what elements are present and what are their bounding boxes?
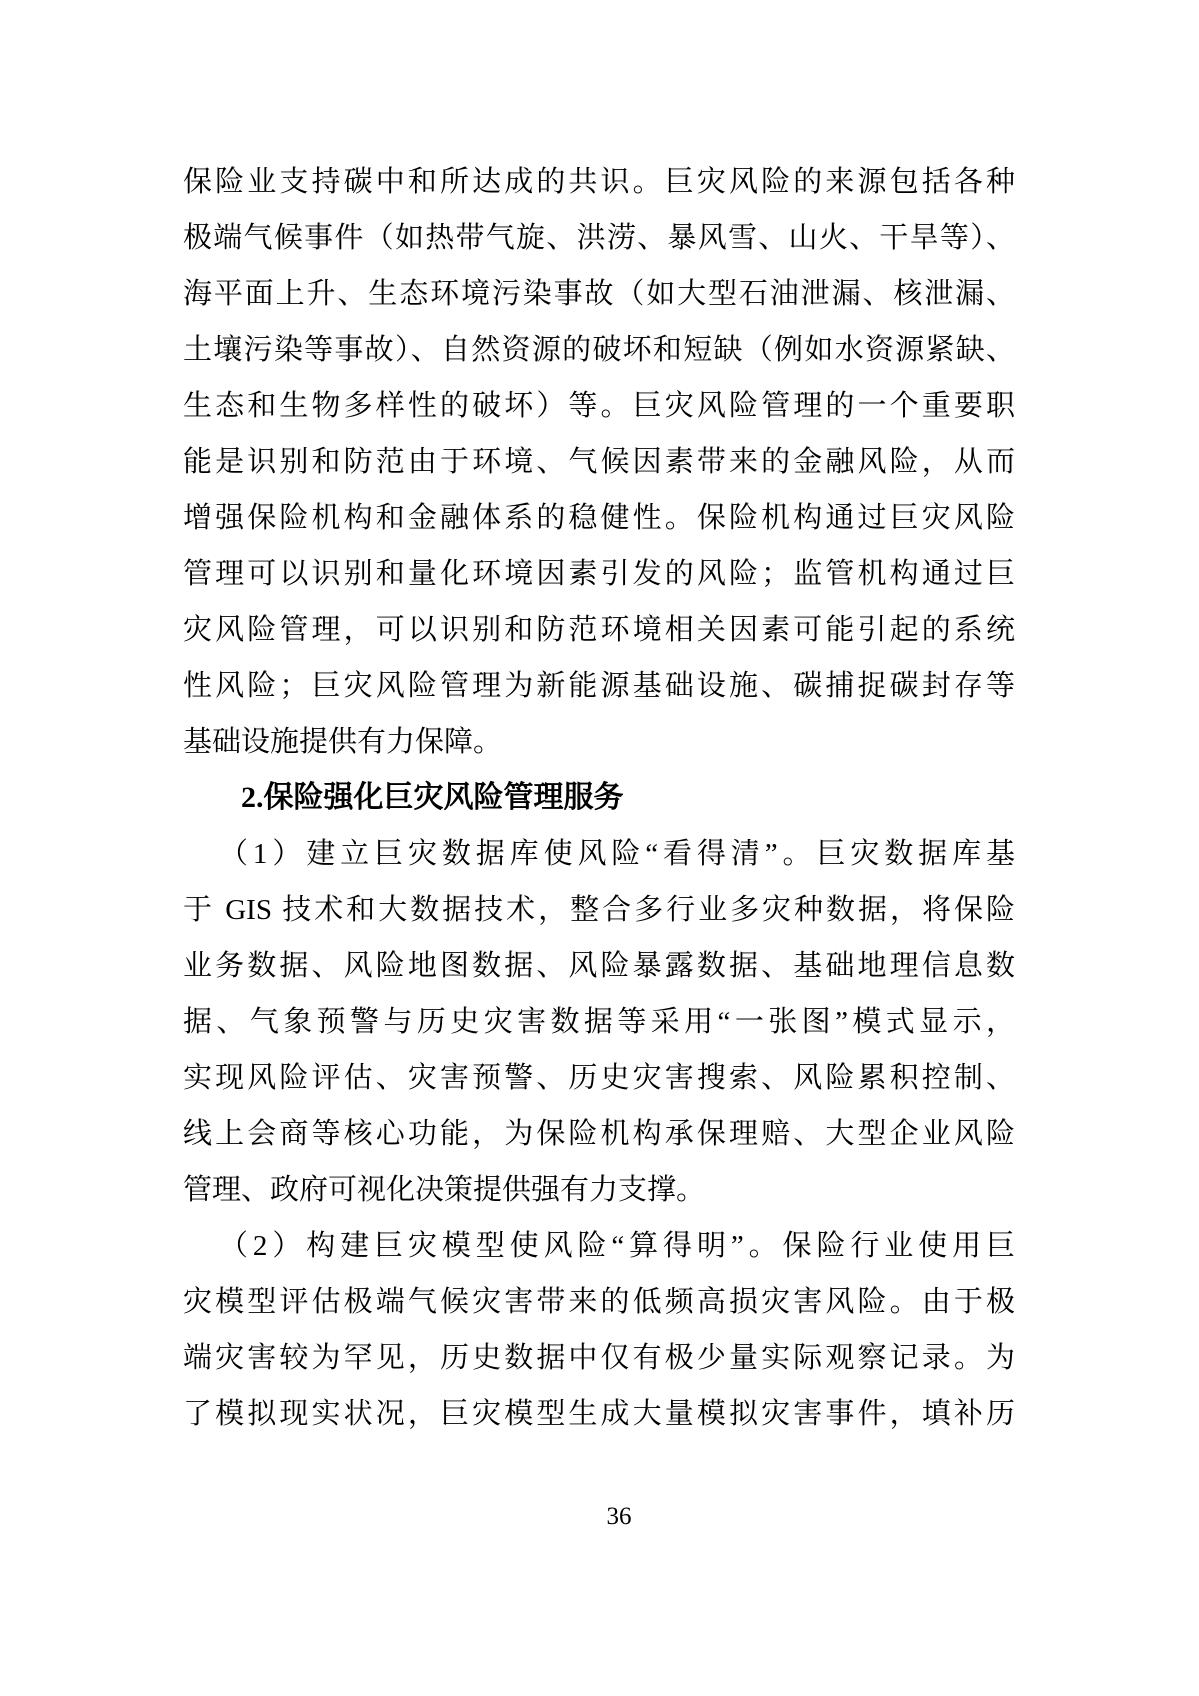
paragraph2-line-4: 据、气象预警与历史灾害数据等采用“一张图”模式显示，: [183, 994, 1015, 1050]
paragraph2-line-6: 线上会商等核心功能，为保险机构承保理赔、大型企业风险: [183, 1106, 1015, 1162]
paragraph3-line-1: （2）构建巨灾模型使风险“算得明”。保险行业使用巨: [183, 1218, 1015, 1274]
section-heading: 2.保险强化巨灾风险管理服务: [183, 770, 1015, 826]
paragraph2-line-3: 业务数据、风险地图数据、风险暴露数据、基础地理信息数: [183, 938, 1015, 994]
paragraph1-line-8: 管理可以识别和量化环境因素引发的风险；监管机构通过巨: [183, 546, 1015, 602]
paragraph3-line-4: 了模拟现实状况，巨灾模型生成大量模拟灾害事件，填补历: [183, 1386, 1015, 1442]
paragraph3-line-3: 端灾害较为罕见，历史数据中仅有极少量实际观察记录。为: [183, 1330, 1015, 1386]
paragraph1-line-2: 极端气候事件（如热带气旋、洪涝、暴风雪、山火、干旱等）、: [183, 210, 1015, 266]
document-page: 保险业支持碳中和所达成的共识。巨灾风险的来源包括各种 极端气候事件（如热带气旋、…: [0, 0, 1199, 1696]
paragraph1-line-6: 能是识别和防范由于环境、气候因素带来的金融风险，从而: [183, 434, 1015, 490]
paragraph1-line-5: 生态和生物多样性的破坏）等。巨灾风险管理的一个重要职: [183, 378, 1015, 434]
paragraph1-line-7: 增强保险机构和金融体系的稳健性。保险机构通过巨灾风险: [183, 490, 1015, 546]
paragraph2-line-5: 实现风险评估、灾害预警、历史灾害搜索、风险累积控制、: [183, 1050, 1015, 1106]
paragraph1-line-3: 海平面上升、生态环境污染事故（如大型石油泄漏、核泄漏、: [183, 266, 1015, 322]
paragraph3-line-2: 灾模型评估极端气候灾害带来的低频高损灾害风险。由于极: [183, 1274, 1015, 1330]
paragraph1-line-11: 基础设施提供有力保障。: [183, 714, 1015, 770]
paragraph1-line-9: 灾风险管理，可以识别和防范环境相关因素可能引起的系统: [183, 602, 1015, 658]
paragraph1-line-4: 土壤污染等事故）、自然资源的破坏和短缺（例如水资源紧缺、: [183, 322, 1015, 378]
paragraph2-line-7: 管理、政府可视化决策提供强有力支撑。: [183, 1162, 1015, 1218]
body-text: 保险业支持碳中和所达成的共识。巨灾风险的来源包括各种 极端气候事件（如热带气旋、…: [183, 154, 1015, 1442]
paragraph1-line-10: 性风险；巨灾风险管理为新能源基础设施、碳捕捉碳封存等: [183, 658, 1015, 714]
paragraph2-line-2: 于 GIS 技术和大数据技术，整合多行业多灾种数据，将保险: [183, 882, 1015, 938]
paragraph1-line-1: 保险业支持碳中和所达成的共识。巨灾风险的来源包括各种: [183, 154, 1015, 210]
page-number: 36: [607, 1502, 632, 1532]
paragraph2-line-1: （1）建立巨灾数据库使风险“看得清”。巨灾数据库基: [183, 826, 1015, 882]
